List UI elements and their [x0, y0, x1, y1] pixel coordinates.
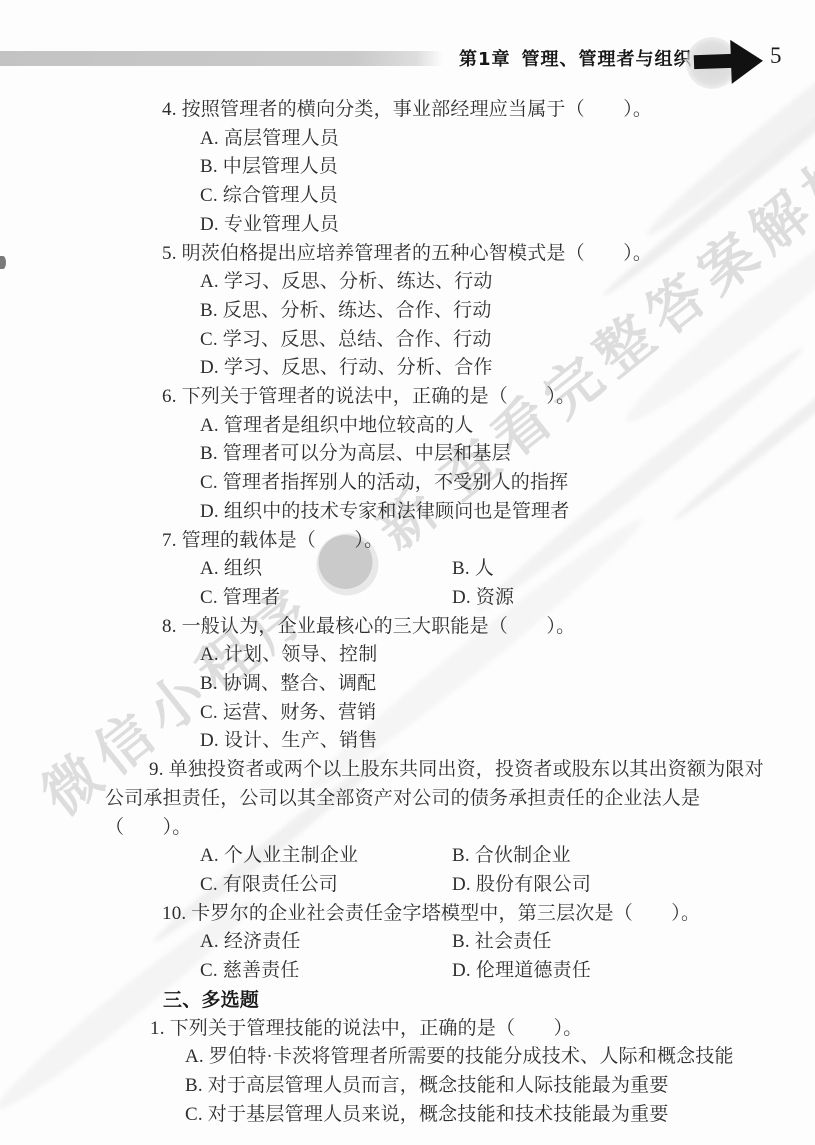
question-text: 8. 一般认为，企业最核心的三大职能是（ ）。: [105, 613, 775, 642]
option-text: C. 慈善责任: [200, 957, 452, 986]
option-text: A. 个人业主制企业: [200, 842, 452, 871]
option-text: C. 对于基层管理人员来说，概念技能和技术技能最为重要: [105, 1101, 775, 1130]
question-text: 10. 卡罗尔的企业社会责任金字塔模型中，第三层次是（ ）。: [105, 900, 775, 929]
header-rule: [0, 51, 443, 66]
option-text: C. 学习、反思、总结、合作、行动: [105, 326, 775, 355]
page-number: 5: [770, 43, 782, 69]
question-text: 6. 下列关于管理者的说法中，正确的是（ ）。: [105, 383, 775, 412]
option-row: A. 个人业主制企业B. 合伙制企业: [105, 842, 775, 871]
option-row: C. 管理者D. 资源: [105, 584, 775, 613]
option-text: D. 设计、生产、销售: [105, 727, 775, 756]
chapter-title: 管理、管理者与组织: [522, 49, 693, 70]
option-text: A. 计划、领导、控制: [105, 641, 775, 670]
option-text: D. 专业管理人员: [105, 211, 775, 240]
question-text: 7. 管理的载体是（ ）。: [105, 527, 775, 556]
right-arrow-icon: [690, 36, 766, 89]
chapter-header: 第1章管理、管理者与组织: [459, 45, 693, 71]
option-row: A. 组织B. 人: [105, 555, 775, 584]
option-row: C. 慈善责任D. 伦理道德责任: [105, 957, 775, 986]
option-text: B. 社会责任: [452, 931, 552, 952]
option-text: D. 组织中的技术专家和法律顾问也是管理者: [105, 498, 775, 527]
option-text: C. 综合管理人员: [105, 182, 775, 211]
option-text: A. 组织: [200, 555, 452, 584]
option-text: B. 中层管理人员: [105, 153, 775, 182]
option-text: D. 资源: [452, 587, 514, 608]
option-text: D. 学习、反思、行动、分析、合作: [105, 354, 775, 383]
option-text: C. 有限责任公司: [200, 871, 452, 900]
scan-artifact: [0, 256, 6, 269]
question-text: 1. 下列关于管理技能的说法中，正确的是（ ）。: [105, 1015, 775, 1044]
question-text: 5. 明茨伯格提出应培养管理者的五种心智模式是（ ）。: [105, 240, 775, 269]
option-text: A. 学习、反思、分析、练达、行动: [105, 268, 775, 297]
section-heading: 三、多选题: [105, 986, 775, 1015]
chapter-number: 第1章: [459, 49, 511, 70]
option-text: B. 人: [452, 558, 494, 579]
option-text: A. 高层管理人员: [105, 125, 775, 154]
option-text: A. 管理者是组织中地位较高的人: [105, 412, 775, 441]
option-text: B. 管理者可以分为高层、中层和基层: [105, 440, 775, 469]
option-row: C. 有限责任公司D. 股份有限公司: [105, 871, 775, 900]
option-text: B. 合伙制企业: [452, 845, 571, 866]
option-text: C. 管理者指挥别人的活动，不受别人的指挥: [105, 469, 775, 498]
option-text: C. 管理者: [200, 584, 452, 613]
option-text: C. 运营、财务、营销: [105, 699, 775, 728]
question-text: 4. 按照管理者的横向分类，事业部经理应当属于（ ）。: [105, 96, 775, 125]
option-text: A. 罗伯特·卡茨将管理者所需要的技能分成技术、人际和概念技能: [105, 1043, 775, 1072]
option-text: D. 伦理道德责任: [452, 960, 591, 981]
book-page: 微信小程序新查看完整答案解析 第1章管理、管理者与组织 5 4. 按照管理者的横…: [0, 0, 815, 1145]
question-list: 4. 按照管理者的横向分类，事业部经理应当属于（ ）。A. 高层管理人员B. 中…: [105, 96, 775, 1129]
option-text: B. 协调、整合、调配: [105, 670, 775, 699]
option-text: B. 对于高层管理人员而言，概念技能和人际技能最为重要: [105, 1072, 775, 1101]
option-text: D. 股份有限公司: [452, 874, 591, 895]
option-row: A. 经济责任B. 社会责任: [105, 928, 775, 957]
option-text: B. 反思、分析、练达、合作、行动: [105, 297, 775, 326]
option-text: A. 经济责任: [200, 928, 452, 957]
question-text: 9. 单独投资者或两个以上股东共同出资，投资者或股东以其出资额为限对公司承担责任…: [105, 756, 775, 842]
